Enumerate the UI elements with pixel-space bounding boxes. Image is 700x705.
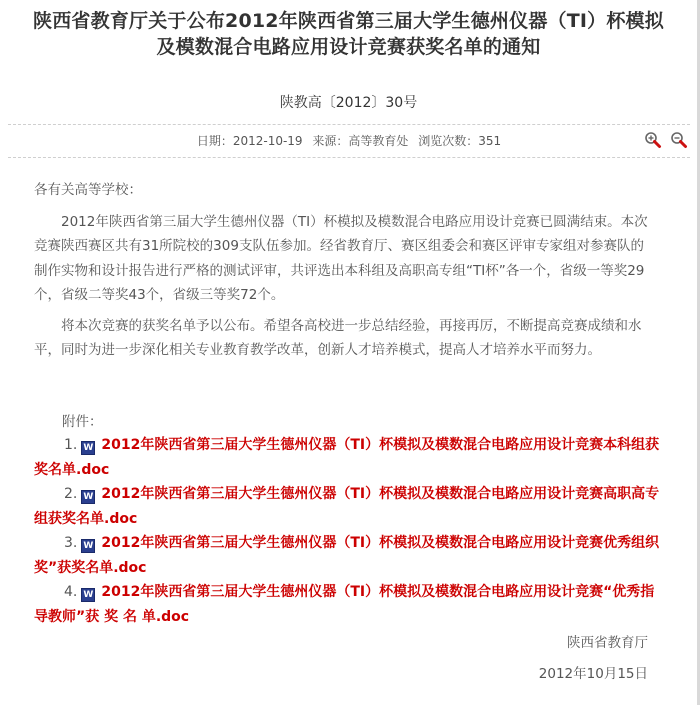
attachment-item-1: 1.W2012年陕西省第三届大学生德州仪器（TI）杯模拟及模数混合电路应用设计竞… [34,433,664,482]
attachment-number: 2. [64,486,77,502]
word-doc-icon: W [81,490,95,504]
paragraph-2: 将本次竞赛的获奖名单予以公布。希望各高校进一步总结经验，再接再厉，不断提高竞赛成… [34,314,656,363]
zoom-in-icon[interactable] [644,131,662,149]
page-title: 陕西省教育厅关于公布2012年陕西省第三届大学生德州仪器（TI）杯模拟 及模数混… [0,8,697,60]
attachment-link-1[interactable]: 2012年陕西省第三届大学生德州仪器（TI）杯模拟及模数混合电路应用设计竞赛本科… [34,437,659,478]
notice-body: 各有关高等学校： 2012年陕西省第三届大学生德州仪器（TI）杯模拟及模数混合电… [34,178,656,363]
attachment-item-4: 4.W2012年陕西省第三届大学生德州仪器（TI）杯模拟及模数混合电路应用设计竞… [34,580,664,629]
attachment-number: 4. [64,584,77,600]
title-line-1: 陕西省教育厅关于公布2012年陕西省第三届大学生德州仪器（TI）杯模拟 [0,8,697,34]
source: 来源：高等教育处 [312,134,408,148]
attachment-item-2: 2.W2012年陕西省第三届大学生德州仪器（TI）杯模拟及模数混合电路应用设计竞… [34,482,664,531]
attachment-item-3: 3.W2012年陕西省第三届大学生德州仪器（TI）杯模拟及模数混合电路应用设计竞… [34,531,664,580]
document-number: 陕教高〔2012〕30号 [0,92,697,112]
attachment-number: 3. [64,535,77,551]
word-doc-icon: W [81,441,95,455]
paragraph-1: 2012年陕西省第三届大学生德州仪器（TI）杯模拟及模数混合电路应用设计竞赛已圆… [34,210,656,308]
attachment-link-3[interactable]: 2012年陕西省第三届大学生德州仪器（TI）杯模拟及模数混合电路应用设计竞赛优秀… [34,535,659,576]
attachment-number: 1. [64,437,77,453]
attachment-link-2[interactable]: 2012年陕西省第三届大学生德州仪器（TI）杯模拟及模数混合电路应用设计竞赛高职… [34,486,659,527]
zoom-out-icon[interactable] [670,131,688,149]
word-doc-icon: W [81,588,95,602]
signature-date: 2012年10月15日 [539,662,648,682]
salutation: 各有关高等学校： [34,178,656,203]
signature-organization: 陕西省教育厅 [567,631,648,651]
attachments-label: 附件： [62,410,103,430]
publish-date: 日期：2012-10-19 [197,134,303,148]
title-line-2: 及模数混合电路应用设计竞赛获奖名单的通知 [0,34,697,60]
font-size-controls [644,131,688,149]
meta-info: 日期：2012-10-19 来源：高等教育处 浏览次数：351 [8,132,690,149]
info-bar: 日期：2012-10-19 来源：高等教育处 浏览次数：351 [8,124,690,158]
attachment-link-4[interactable]: 2012年陕西省第三届大学生德州仪器（TI）杯模拟及模数混合电路应用设计竞赛“优… [34,584,654,625]
word-doc-icon: W [81,539,95,553]
view-count: 浏览次数：351 [418,134,501,148]
